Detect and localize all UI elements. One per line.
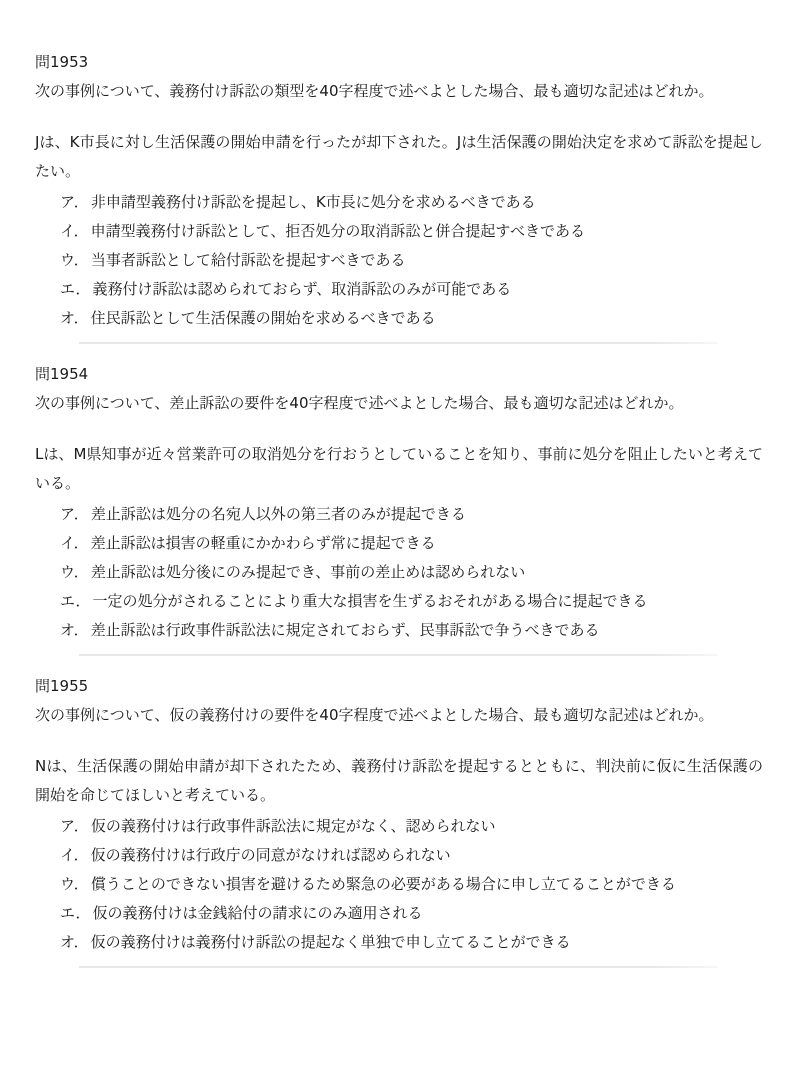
- option-label: イ．: [60, 534, 89, 552]
- question-scenario: Nは、生活保護の開始申請が却下されたため、義務付け訴訟を提起するとともに、判決前…: [35, 752, 763, 810]
- option-list: ア．仮の義務付けは行政事件訴訟法に規定がなく、認められない イ．仮の義務付けは行…: [35, 812, 799, 957]
- option-item: エ．義務付け訴訟は認められておらず、取消訴訟のみが可能である: [60, 275, 765, 304]
- option-list: ア．非申請型義務付け訴訟を提起し、K市長に処分を求めるべきである イ．申請型義務…: [35, 188, 799, 333]
- option-label: イ．: [60, 846, 89, 864]
- option-text: 住民訴訟として生活保護の開始を求めるべきである: [91, 309, 436, 327]
- option-item: ウ．差止訴訟は処分後にのみ提起でき、事前の差止めは認められない: [60, 558, 765, 587]
- option-label: エ．: [60, 592, 90, 610]
- option-label: オ．: [60, 621, 89, 639]
- option-list: ア．差止訴訟は処分の名宛人以外の第三者のみが提起できる イ．差止訴訟は損害の軽重…: [35, 500, 799, 645]
- option-text: 申請型義務付け訴訟として、拒否処分の取消訴訟と併合提起すべきである: [91, 222, 585, 240]
- option-text: 義務付け訴訟は認められておらず、取消訴訟のみが可能である: [92, 280, 511, 298]
- section-divider: [79, 654, 718, 656]
- question-number: 問1953: [35, 48, 799, 77]
- option-item: オ．仮の義務付けは義務付け訴訟の提起なく単独で申し立てることができる: [60, 928, 765, 957]
- option-text: 一定の処分がされることにより重大な損害を生ずるおそれがある場合に提起できる: [92, 592, 647, 610]
- option-label: エ．: [60, 280, 90, 298]
- option-text: 仮の義務付けは行政庁の同意がなければ認められない: [91, 846, 451, 864]
- option-label: オ．: [60, 933, 89, 951]
- option-text: 仮の義務付けは金銭給付の請求にのみ適用される: [92, 904, 422, 922]
- question-prompt: 次の事例について、義務付け訴訟の類型を40字程度で述べよとした場合、最も適切な記…: [35, 77, 763, 106]
- option-item: オ．住民訴訟として生活保護の開始を求めるべきである: [60, 304, 765, 333]
- option-item: エ．一定の処分がされることにより重大な損害を生ずるおそれがある場合に提起できる: [60, 587, 765, 616]
- option-item: ウ．当事者訴訟として給付訴訟を提起すべきである: [60, 246, 765, 275]
- option-item: ア．差止訴訟は処分の名宛人以外の第三者のみが提起できる: [60, 500, 765, 529]
- section-divider: [79, 342, 718, 344]
- option-item: エ．仮の義務付けは金銭給付の請求にのみ適用される: [60, 899, 765, 928]
- option-text: 仮の義務付けは行政事件訴訟法に規定がなく、認められない: [91, 817, 496, 835]
- question-block: 問1955 次の事例について、仮の義務付けの要件を40字程度で述べよとした場合、…: [35, 672, 799, 968]
- option-text: 当事者訴訟として給付訴訟を提起すべきである: [91, 251, 406, 269]
- option-item: ア．非申請型義務付け訴訟を提起し、K市長に処分を求めるべきである: [60, 188, 765, 217]
- option-label: ウ．: [60, 875, 89, 893]
- option-label: ア．: [60, 505, 89, 523]
- option-item: オ．差止訴訟は行政事件訴訟法に規定されておらず、民事訴訟で争うべきである: [60, 616, 765, 645]
- option-text: 差止訴訟は処分の名宛人以外の第三者のみが提起できる: [91, 505, 466, 523]
- question-number: 問1954: [35, 360, 799, 389]
- question-scenario: Lは、M県知事が近々営業許可の取消処分を行おうとしていることを知り、事前に処分を…: [35, 440, 763, 498]
- option-text: 差止訴訟は処分後にのみ提起でき、事前の差止めは認められない: [91, 563, 525, 581]
- option-label: イ．: [60, 222, 89, 240]
- question-prompt: 次の事例について、仮の義務付けの要件を40字程度で述べよとした場合、最も適切な記…: [35, 701, 763, 730]
- option-text: 仮の義務付けは義務付け訴訟の提起なく単独で申し立てることができる: [91, 933, 571, 951]
- question-prompt: 次の事例について、差止訴訟の要件を40字程度で述べよとした場合、最も適切な記述は…: [35, 389, 763, 418]
- option-item: イ．差止訴訟は損害の軽重にかかわらず常に提起できる: [60, 529, 765, 558]
- option-label: ア．: [60, 193, 89, 211]
- section-divider: [79, 966, 718, 968]
- option-label: ウ．: [60, 563, 89, 581]
- option-item: イ．仮の義務付けは行政庁の同意がなければ認められない: [60, 841, 765, 870]
- question-sheet: 問1953 次の事例について、義務付け訴訟の類型を40字程度で述べよとした場合、…: [0, 0, 799, 968]
- question-block: 問1953 次の事例について、義務付け訴訟の類型を40字程度で述べよとした場合、…: [35, 48, 799, 344]
- option-text: 差止訴訟は行政事件訴訟法に規定されておらず、民事訴訟で争うべきである: [91, 621, 600, 639]
- option-text: 償うことのできない損害を避けるため緊急の必要がある場合に申し立てることができる: [91, 875, 676, 893]
- option-text: 差止訴訟は損害の軽重にかかわらず常に提起できる: [91, 534, 436, 552]
- option-label: エ．: [60, 904, 90, 922]
- option-text: 非申請型義務付け訴訟を提起し、K市長に処分を求めるべきである: [91, 193, 536, 211]
- question-block: 問1954 次の事例について、差止訴訟の要件を40字程度で述べよとした場合、最も…: [35, 360, 799, 656]
- question-number: 問1955: [35, 672, 799, 701]
- option-label: ウ．: [60, 251, 89, 269]
- option-item: イ．申請型義務付け訴訟として、拒否処分の取消訴訟と併合提起すべきである: [60, 217, 765, 246]
- question-scenario: Jは、K市長に対し生活保護の開始申請を行ったが却下された。Jは生活保護の開始決定…: [35, 128, 763, 186]
- option-item: ウ．償うことのできない損害を避けるため緊急の必要がある場合に申し立てることができ…: [60, 870, 765, 899]
- option-item: ア．仮の義務付けは行政事件訴訟法に規定がなく、認められない: [60, 812, 765, 841]
- option-label: ア．: [60, 817, 89, 835]
- option-label: オ．: [60, 309, 89, 327]
